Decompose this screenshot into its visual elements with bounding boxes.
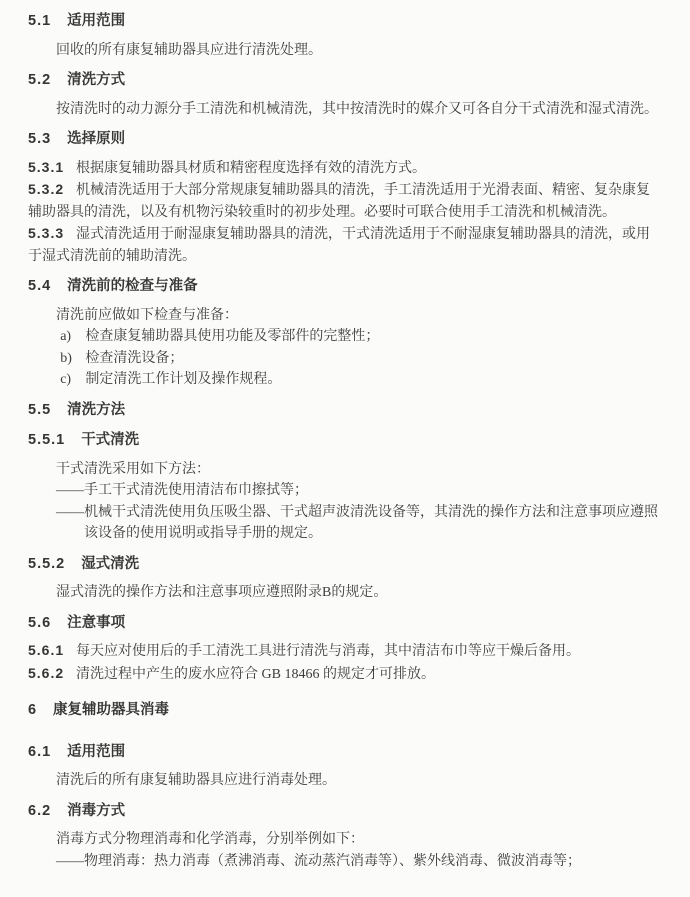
clause-text: 清洗过程中产生的废水应符合 GB 18466 的规定才可排放。 (76, 667, 435, 682)
list-item-b: b)检查清洗设备； (60, 348, 662, 370)
clause-number: 5.6.1 (28, 642, 64, 658)
heading-5-5-1: 5.5.1干式清洗 (28, 430, 662, 452)
list-marker: a) (60, 326, 85, 348)
clause-title: 干式清洗 (81, 432, 139, 448)
dash-item: ——物理消毒：热力消毒（煮沸消毒、流动蒸汽消毒等）、紫外线消毒、微波消毒等； (56, 851, 662, 873)
clause-title: 清洗方式 (67, 72, 125, 88)
heading-5-4: 5.4清洗前的检查与准备 (28, 276, 662, 298)
clause-number: 5.3.3 (28, 225, 64, 241)
list-item-text: 检查清洗设备； (85, 351, 183, 366)
heading-5-5: 5.5清洗方法 (28, 400, 662, 422)
list-item-a: a)检查康复辅助器具使用功能及零部件的完整性； (60, 326, 662, 348)
heading-5-2: 5.2清洗方式 (28, 70, 662, 92)
clause-title: 消毒方式 (67, 803, 125, 819)
clause-number: 5.5.1 (28, 432, 65, 448)
list-item-text: 制定清洗工作计划及操作规程。 (85, 372, 281, 387)
heading-6-1: 6.1适用范围 (28, 742, 662, 764)
clause-number: 5.3.2 (28, 181, 64, 197)
clause-title: 清洗前的检查与准备 (67, 278, 198, 294)
clause-title: 适用范围 (67, 744, 125, 760)
clause-number: 6.1 (28, 744, 51, 760)
list-marker: c) (60, 369, 85, 391)
clause-title: 清洗方法 (67, 402, 125, 418)
paragraph: 消毒方式分物理消毒和化学消毒，分别举例如下： (28, 829, 662, 851)
clause-title: 湿式清洗 (81, 556, 139, 572)
clause-number: 5.4 (28, 278, 51, 294)
dash-item-text: 手工干式清洗使用清洁布巾擦拭等； (84, 483, 308, 498)
heading-5-1: 5.1适用范围 (28, 11, 662, 33)
clause-text: 根据康复辅助器具材质和精密程度选择有效的清洗方式。 (76, 161, 426, 176)
clause-5-6-1: 5.6.1每天应对使用后的手工清洗工具进行清洗与消毒，其中清洁布巾等应干燥后备用… (28, 640, 662, 663)
dash-marker: —— (56, 854, 84, 869)
clause-title: 康复辅助器具消毒 (53, 702, 169, 718)
clause-text: 湿式清洗适用于耐湿康复辅助器具的清洗，干式清洗适用于不耐湿康复辅助器具的清洗，或… (28, 227, 650, 264)
dash-marker: —— (56, 483, 84, 498)
clause-5-3-3: 5.3.3湿式清洗适用于耐湿康复辅助器具的清洗，干式清洗适用于不耐湿康复辅助器具… (28, 223, 662, 267)
list-marker: b) (60, 348, 85, 370)
paragraph: 清洗后的所有康复辅助器具应进行消毒处理。 (28, 770, 662, 792)
clause-5-6-2: 5.6.2清洗过程中产生的废水应符合 GB 18466 的规定才可排放。 (28, 663, 662, 686)
clause-title: 适用范围 (67, 13, 125, 29)
dash-item: ——机械干式清洗使用负压吸尘器、干式超声波清洗设备等，其清洗的操作方法和注意事项… (56, 502, 662, 545)
heading-5-6: 5.6注意事项 (28, 613, 662, 635)
heading-5-3: 5.3选择原则 (28, 129, 662, 151)
clause-number: 5.6.2 (28, 665, 64, 681)
dash-item-text: 机械干式清洗使用负压吸尘器、干式超声波清洗设备等，其清洗的操作方法和注意事项应遵… (84, 505, 658, 542)
clause-5-3-2: 5.3.2机械清洗适用于大部分常规康复辅助器具的清洗，手工清洗适用于光滑表面、精… (28, 179, 662, 223)
heading-5-5-2: 5.5.2湿式清洗 (28, 554, 662, 576)
list-item-c: c)制定清洗工作计划及操作规程。 (60, 369, 662, 391)
dash-item-text: 物理消毒：热力消毒（煮沸消毒、流动蒸汽消毒等）、紫外线消毒、微波消毒等； (84, 854, 581, 869)
paragraph: 按清洗时的动力源分手工清洗和机械清洗，其中按清洗时的媒介又可各自分干式清洗和湿式… (28, 99, 662, 121)
clause-number: 5.3.1 (28, 159, 64, 175)
paragraph: 清洗前应做如下检查与准备： (28, 305, 662, 327)
heading-6-2: 6.2消毒方式 (28, 801, 662, 823)
clause-number: 6.2 (28, 803, 51, 819)
dash-item: ——手工干式清洗使用清洁布巾擦拭等； (56, 480, 662, 502)
clause-number: 5.3 (28, 131, 51, 147)
clause-number: 5.5.2 (28, 556, 65, 572)
paragraph: 湿式清洗的操作方法和注意事项应遵照附录B的规定。 (28, 582, 662, 604)
clause-text: 每天应对使用后的手工清洗工具进行清洗与消毒，其中清洁布巾等应干燥后备用。 (76, 644, 580, 659)
clause-5-3-1: 5.3.1根据康复辅助器具材质和精密程度选择有效的清洗方式。 (28, 157, 662, 180)
clause-number: 5.5 (28, 402, 51, 418)
paragraph: 回收的所有康复辅助器具应进行清洗处理。 (28, 40, 662, 62)
paragraph: 干式清洗采用如下方法： (28, 459, 662, 481)
clause-number: 5.2 (28, 72, 51, 88)
clause-number: 6 (28, 702, 37, 718)
clause-title: 注意事项 (67, 615, 125, 631)
document-page: 5.1适用范围 回收的所有康复辅助器具应进行清洗处理。 5.2清洗方式 按清洗时… (0, 0, 690, 897)
clause-number: 5.1 (28, 13, 51, 29)
clause-title: 选择原则 (67, 131, 125, 147)
list-item-text: 检查康复辅助器具使用功能及零部件的完整性； (85, 329, 379, 344)
clause-text: 机械清洗适用于大部分常规康复辅助器具的清洗，手工清洗适用于光滑表面、精密、复杂康… (28, 183, 650, 220)
clause-number: 5.6 (28, 615, 51, 631)
heading-6: 6康复辅助器具消毒 (28, 700, 662, 722)
dash-marker: —— (56, 505, 84, 520)
